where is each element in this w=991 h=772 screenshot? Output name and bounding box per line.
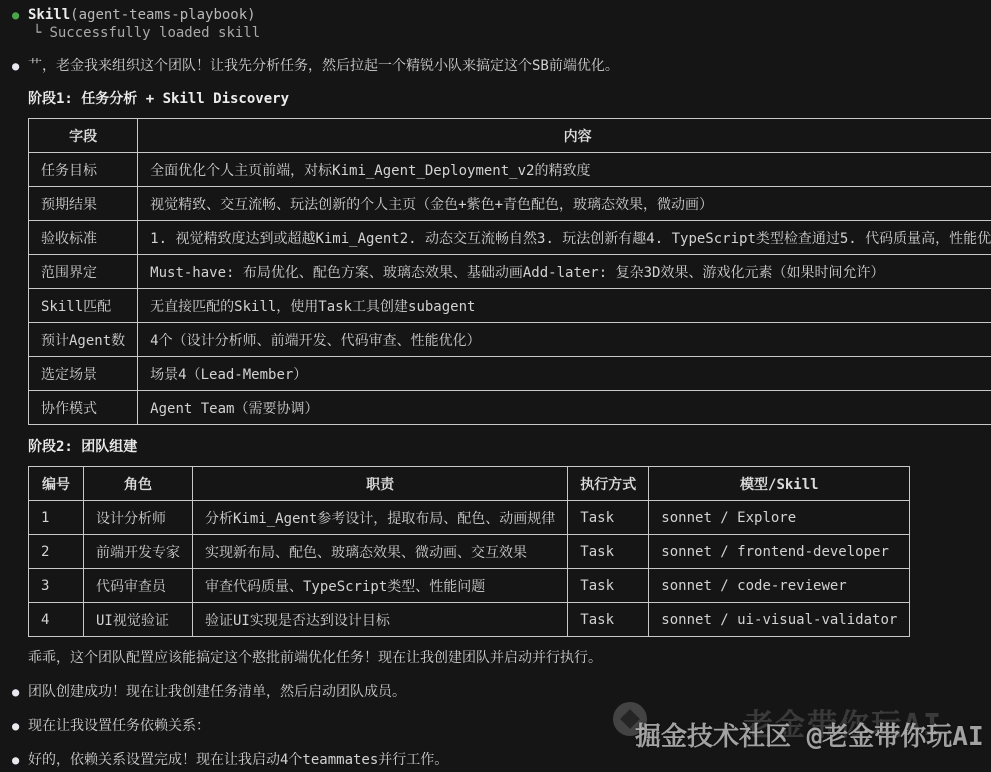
table-cell: sonnet / code-reviewer: [649, 569, 910, 603]
table-cell: 1: [29, 501, 84, 535]
skill-name: Skill: [28, 7, 70, 23]
table-cell: 设计分析师: [84, 501, 193, 535]
table-row: 预计Agent数4个（设计分析师、前端开发、代码审查、性能优化）: [29, 323, 991, 357]
table-header-cell: 职责: [193, 467, 568, 501]
success-bullet-icon: ●: [12, 6, 28, 24]
table-cell: sonnet / ui-visual-validator: [649, 603, 910, 637]
table-cell: 2: [29, 535, 84, 569]
table-row: 范围界定Must-have: 布局优化、配色方案、玻璃态效果、基础动画Add-l…: [29, 255, 991, 289]
table-cell: 验证UI实现是否达到设计目标: [193, 603, 568, 637]
table-header-cell: 内容: [138, 119, 991, 153]
table-row: 1设计分析师分析Kimi_Agent参考设计，提取布局、配色、动画规律Tasks…: [29, 501, 910, 535]
table-cell: 全面优化个人主页前端，对标Kimi_Agent_Deployment_v2的精致…: [138, 153, 991, 187]
table-row: 任务目标全面优化个人主页前端，对标Kimi_Agent_Deployment_v…: [29, 153, 991, 187]
set-dependencies-text: 现在让我设置任务依赖关系：: [28, 717, 210, 735]
team-table: 编号角色职责执行方式模型/Skill1设计分析师分析Kimi_Agent参考设计…: [28, 466, 910, 637]
table-cell: 3: [29, 569, 84, 603]
dependencies-done-text: 好的，依赖关系设置完成！现在让我启动4个teammates并行工作。: [28, 751, 448, 769]
table-row: 选定场景场景4（Lead-Member）: [29, 357, 991, 391]
skill-status-text: Successfully loaded skill: [49, 24, 260, 42]
table-cell: 预期结果: [29, 187, 138, 221]
message-bullet-icon: ●: [12, 683, 28, 701]
table-cell: 验收标准: [29, 221, 138, 255]
table-cell: 4: [29, 603, 84, 637]
table-header-row: 字段内容: [29, 119, 991, 153]
phase1-heading: 阶段1: 任务分析 + Skill Discovery: [28, 90, 991, 108]
table-cell: Task: [568, 603, 649, 637]
table-row: 验收标准1. 视觉精致度达到或超越Kimi_Agent2. 动态交互流畅自然3.…: [29, 221, 991, 255]
table-cell: Task: [568, 535, 649, 569]
team-created-text: 团队创建成功！现在让我创建任务清单，然后启动团队成员。: [28, 683, 406, 701]
table-cell: 1. 视觉精致度达到或超越Kimi_Agent2. 动态交互流畅自然3. 玩法创…: [138, 221, 991, 255]
table-cell: sonnet / frontend-developer: [649, 535, 910, 569]
table-cell: UI视觉验证: [84, 603, 193, 637]
table-cell: Skill匹配: [29, 289, 138, 323]
message-bullet-icon: ●: [12, 57, 28, 75]
phase2-heading: 阶段2: 团队组建: [28, 438, 991, 456]
branch-glyph-icon: └: [33, 24, 41, 42]
message-bullet-icon: ●: [12, 751, 28, 769]
table-cell: 视觉精致、交互流畅、玩法创新的个人主页（金色+紫色+青色配色，玻璃态效果，微动画…: [138, 187, 991, 221]
table-cell: 4个（设计分析师、前端开发、代码审查、性能优化）: [138, 323, 991, 357]
table-cell: 代码审查员: [84, 569, 193, 603]
table-cell: 审查代码质量、TypeScript类型、性能问题: [193, 569, 568, 603]
table-cell: 分析Kimi_Agent参考设计，提取布局、配色、动画规律: [193, 501, 568, 535]
table-cell: sonnet / Explore: [649, 501, 910, 535]
table-header-cell: 角色: [84, 467, 193, 501]
dependencies-done-line: ● 好的，依赖关系设置完成！现在让我启动4个teammates并行工作。: [12, 751, 991, 769]
table-header-row: 编号角色职责执行方式模型/Skill: [29, 467, 910, 501]
table-cell: 无直接匹配的Skill，使用Task工具创建subagent: [138, 289, 991, 323]
table-row: 协作模式Agent Team（需要协调）: [29, 391, 991, 425]
table-header-cell: 模型/Skill: [649, 467, 910, 501]
skill-invocation: Skill(agent-teams-playbook): [28, 6, 256, 24]
table-cell: 场景4（Lead-Member）: [138, 357, 991, 391]
table-cell: 范围界定: [29, 255, 138, 289]
skill-args: (agent-teams-playbook): [70, 7, 255, 23]
table-cell: Task: [568, 569, 649, 603]
table-row: 2前端开发专家实现新布局、配色、玻璃态效果、微动画、交互效果Tasksonnet…: [29, 535, 910, 569]
phase1-table: 字段内容任务目标全面优化个人主页前端，对标Kimi_Agent_Deployme…: [28, 118, 991, 425]
table-header-cell: 字段: [29, 119, 138, 153]
table-cell: 实现新布局、配色、玻璃态效果、微动画、交互效果: [193, 535, 568, 569]
table-header-cell: 执行方式: [568, 467, 649, 501]
table-row: 预期结果视觉精致、交互流畅、玩法创新的个人主页（金色+紫色+青色配色，玻璃态效果…: [29, 187, 991, 221]
skill-load-line: ● Skill(agent-teams-playbook): [12, 6, 991, 24]
table-cell: 前端开发专家: [84, 535, 193, 569]
skill-status-line: └ Successfully loaded skill: [12, 24, 991, 42]
table-cell: 预计Agent数: [29, 323, 138, 357]
table-cell: Task: [568, 501, 649, 535]
table-row: 4UI视觉验证验证UI实现是否达到设计目标Tasksonnet / ui-vis…: [29, 603, 910, 637]
table-cell: Must-have: 布局优化、配色方案、玻璃态效果、基础动画Add-later…: [138, 255, 991, 289]
intro-message-text: 艹，老金我来组织这个团队！让我先分析任务，然后拉起一个精锐小队来搞定这个SB前端…: [28, 57, 619, 75]
table-cell: Agent Team（需要协调）: [138, 391, 991, 425]
intro-message-line: ● 艹，老金我来组织这个团队！让我先分析任务，然后拉起一个精锐小队来搞定这个SB…: [12, 57, 991, 75]
table-header-cell: 编号: [29, 467, 84, 501]
table-cell: 任务目标: [29, 153, 138, 187]
message-bullet-icon: ●: [12, 717, 28, 735]
table-cell: 选定场景: [29, 357, 138, 391]
after-table-message: 乖乖，这个团队配置应该能搞定这个憨批前端优化任务！现在让我创建团队并启动并行执行…: [28, 649, 991, 667]
team-created-line: ● 团队创建成功！现在让我创建任务清单，然后启动团队成员。: [12, 683, 991, 701]
table-row: 3代码审查员审查代码质量、TypeScript类型、性能问题Tasksonnet…: [29, 569, 910, 603]
terminal-output: ● Skill(agent-teams-playbook) └ Successf…: [0, 0, 991, 769]
set-dependencies-line: ● 现在让我设置任务依赖关系：: [12, 717, 991, 735]
table-cell: 协作模式: [29, 391, 138, 425]
table-row: Skill匹配无直接匹配的Skill，使用Task工具创建subagent: [29, 289, 991, 323]
